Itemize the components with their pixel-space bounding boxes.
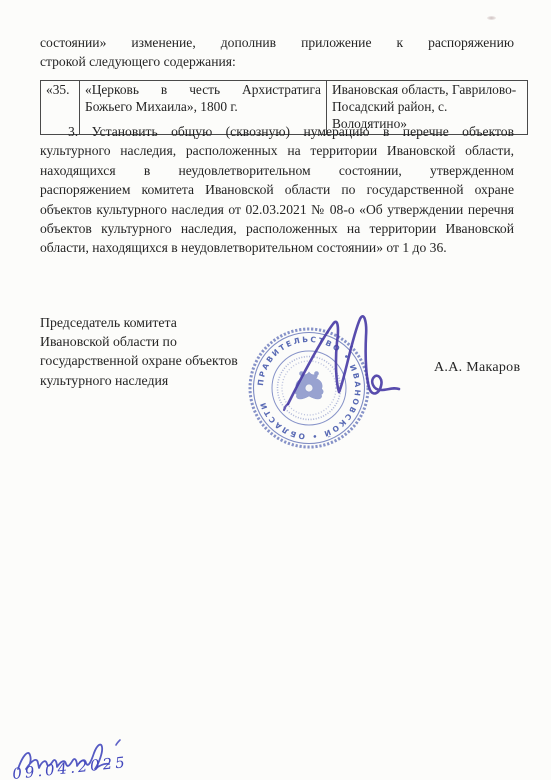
signature-stroke-icon — [238, 300, 418, 460]
item3-line-6: объектов культурного наследия, расположе… — [40, 219, 514, 238]
item3-line-5: объектов культурного наследия от 02.03.2… — [40, 200, 514, 219]
object-name-line-2: Божьего Михаила», 1800 г. — [85, 99, 321, 116]
item3-paragraph: 3. Установить общую (сквозную) нумерацию… — [40, 122, 514, 258]
signer-name: А.А. Макаров — [434, 360, 520, 376]
scan-smudge — [487, 16, 496, 20]
intro-paragraph: состоянии» изменение, дополнив приложени… — [40, 33, 514, 72]
item3-line-2: культурного наследия, расположенных на т… — [40, 141, 514, 160]
intro-line-1: состоянии» изменение, дополнив приложени… — [40, 33, 514, 52]
object-location-line-1: Ивановская область, Гаврилово- — [332, 82, 522, 99]
item3-line-1: 3. Установить общую (сквозную) нумерацию… — [40, 122, 514, 141]
intro-line-2: строкой следующего содержания: — [40, 52, 514, 71]
document-page: состоянии» изменение, дополнив приложени… — [0, 0, 551, 780]
object-name-line-1: «Церковь в честь Архистратига — [85, 82, 321, 99]
item3-line-4: распоряжением комитета Ивановской област… — [40, 180, 514, 199]
chairman-signature — [238, 300, 418, 460]
item3-line-3: находящихся в неудовлетворительном состо… — [40, 161, 514, 180]
item3-line-7: области, находящихся в неудовлетворитель… — [40, 238, 514, 257]
